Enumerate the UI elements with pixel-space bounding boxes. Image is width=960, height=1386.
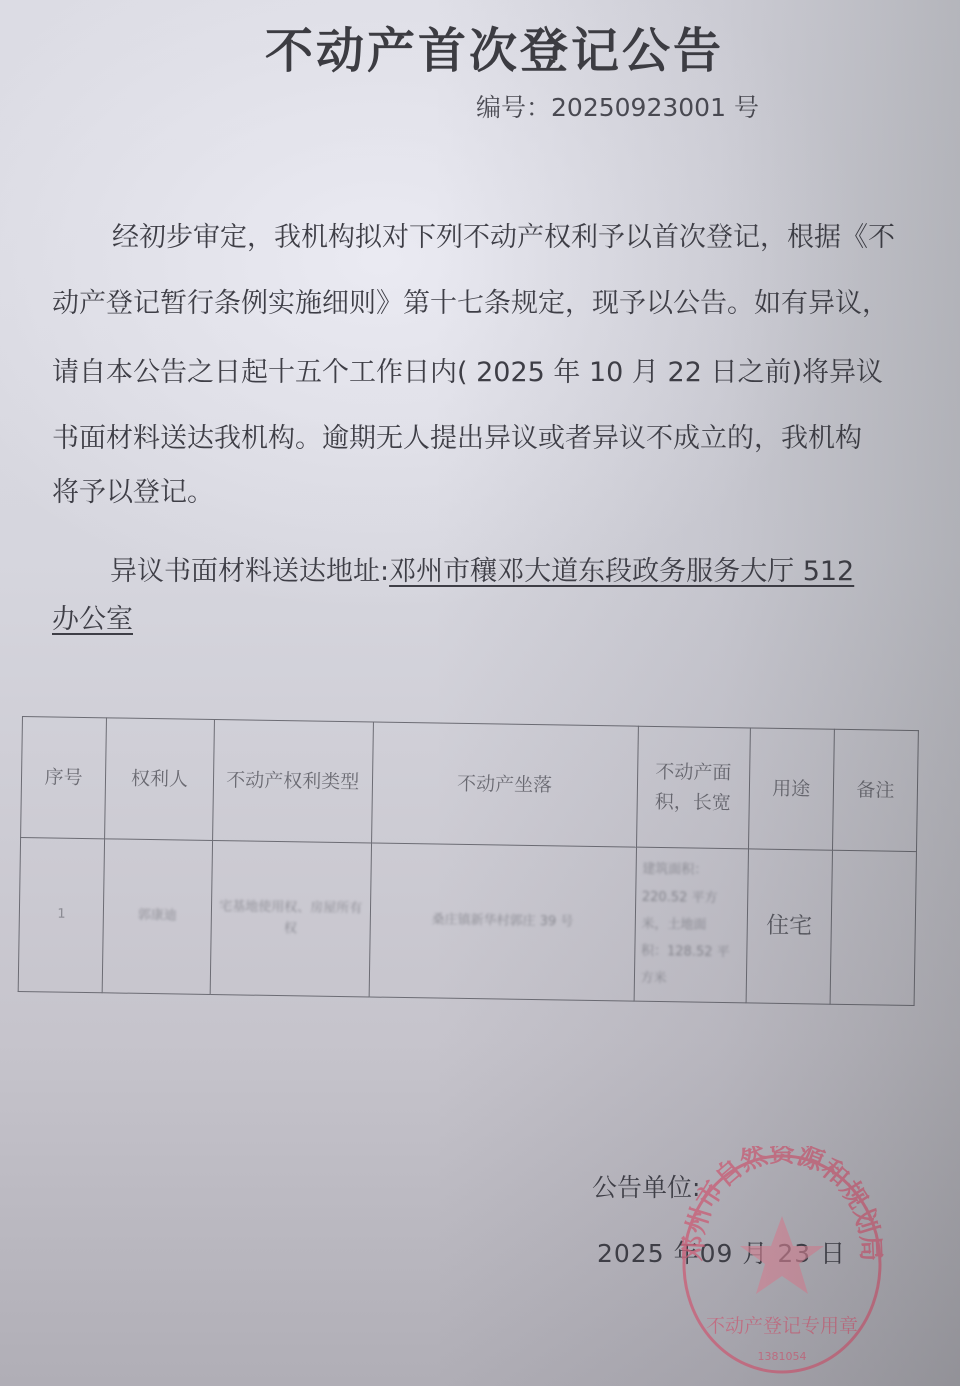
cell-index: 1 — [18, 837, 105, 992]
objection-address: 邓州市穰邓大道东段政务服务大厅 512 — [389, 556, 854, 587]
body-line-4: 书面材料送达我机构。逾期无人提出异议或者异议不成立的，我机构 — [52, 423, 932, 454]
date-year-char: 年 — [674, 1239, 700, 1268]
body-line-2: 动产登记暂行条例实施细则》第十七条规定，现予以公告。如有异议， — [52, 288, 932, 319]
objection-address-cont: 办公室 — [52, 604, 133, 635]
date-day: 23 — [777, 1239, 811, 1268]
table-row: 1 郭康迪 宅基地使用权、房屋所有权 桑庄镇新华村郭庄 39 号 建筑面积： 2… — [18, 837, 916, 1005]
document-number: 编号：20250923001 号 — [476, 88, 759, 124]
cell-right-type: 宅基地使用权、房屋所有权 — [210, 841, 371, 997]
announcement-date: 2025 年09 月 23 日 — [597, 1234, 846, 1270]
cell-remark — [830, 850, 917, 1005]
seal-bottom-text: 不动产登记专用章 — [706, 1315, 858, 1337]
registration-table: 序号 权利人 不动产权利类型 不动产坐落 不动产面积，长宽 用途 备注 1 郭康… — [18, 716, 919, 1006]
body-line-5: 将予以登记。 — [52, 477, 932, 508]
header-remark: 备注 — [832, 729, 918, 851]
cell-area: 建筑面积： 220.52 平方 米，土地面 积：128.52 平 方米 — [634, 847, 748, 1003]
cell-use: 住宅 — [746, 849, 833, 1004]
objection-address-line-2: 办公室 — [52, 604, 932, 635]
date-year: 2025 — [597, 1239, 665, 1268]
date-month-char: 月 — [742, 1239, 768, 1268]
header-location: 不动产坐落 — [371, 722, 638, 847]
date-day-char: 日 — [820, 1239, 846, 1268]
header-holder: 权利人 — [105, 718, 215, 841]
area-line: 积：128.52 平 — [641, 938, 740, 967]
doc-number-value: 20250923001 — [551, 93, 726, 122]
header-use: 用途 — [748, 728, 834, 850]
header-right-type: 不动产权利类型 — [212, 720, 373, 843]
document-title: 不动产首次登记公告 — [265, 12, 724, 81]
seal-serial: 1381054 — [758, 1350, 807, 1363]
table-header-row: 序号 权利人 不动产权利类型 不动产坐落 不动产面积，长宽 用途 备注 — [21, 717, 919, 852]
header-area: 不动产面积，长宽 — [636, 726, 750, 849]
doc-number-label: 编号： — [476, 93, 551, 122]
objection-label: 异议书面材料送达地址: — [110, 556, 389, 587]
objection-address-line: 异议书面材料送达地址:邓州市穰邓大道东段政务服务大厅 512 — [52, 556, 960, 587]
body-line-1: 经初步审定，我机构拟对下列不动产权利予以首次登记，根据《不 — [52, 222, 932, 253]
body-line-3: 请自本公告之日起十五个工作日内( 2025 年 10 月 22 日之前)将异议 — [52, 357, 932, 388]
header-index: 序号 — [21, 717, 107, 839]
cell-holder: 郭康迪 — [102, 839, 212, 995]
cell-location: 桑庄镇新华村郭庄 39 号 — [369, 843, 636, 1001]
area-line: 建筑面积： — [642, 856, 741, 885]
date-month: 09 — [700, 1239, 734, 1268]
announcing-unit-label: 公告单位: — [592, 1168, 700, 1204]
area-line: 米，土地面 — [641, 911, 740, 940]
body-text: 经初步审定，我机构拟对下列不动产权利予以首次登记，根据《不 — [52, 222, 895, 253]
area-line: 220.52 平方 — [642, 883, 741, 912]
area-line: 方米 — [640, 965, 739, 994]
doc-number-suffix: 号 — [734, 93, 759, 122]
